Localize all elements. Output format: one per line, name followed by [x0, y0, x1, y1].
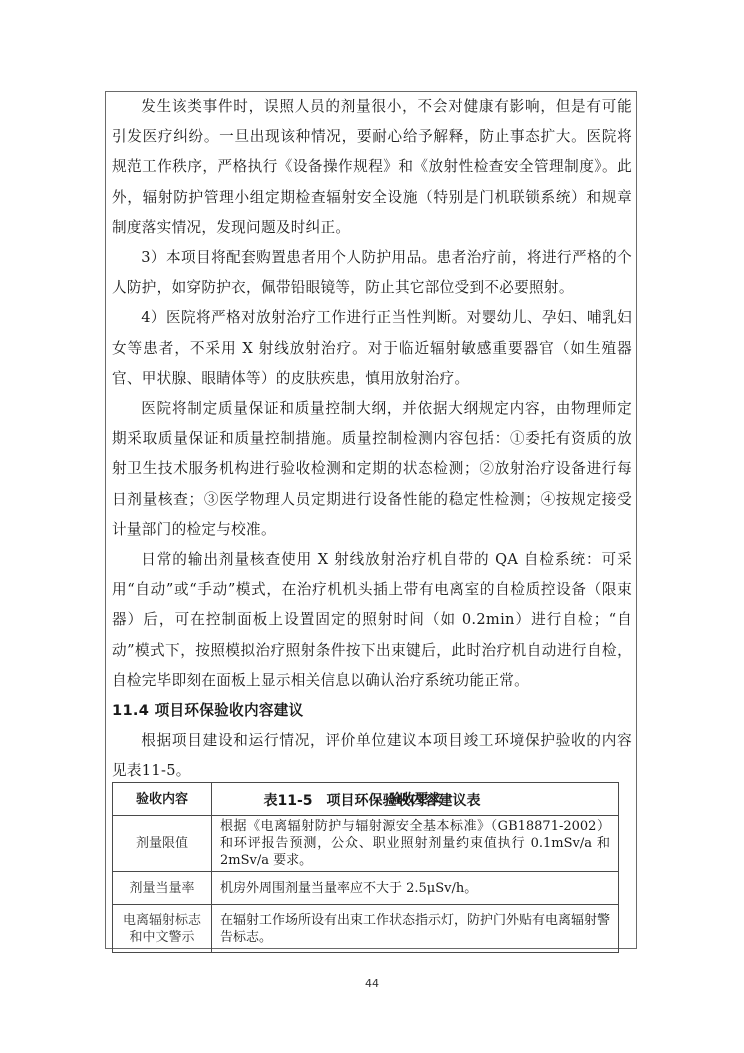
paragraph-incident-handling: 发生该类事件时，误照人员的剂量很小，不会对健康有影响，但是有可能引发医疗纠纷。一… [112, 92, 632, 243]
paragraph-justification: 4）医院将严格对放射治疗工作进行正当性判断。对婴幼儿、孕妇、哺乳妇女等患者，不采… [112, 303, 632, 394]
table-row: 剂量当量率 机房外周围剂量当量率应不大于 2.5μSv/h。 [113, 872, 619, 905]
document-body: 发生该类事件时，误照人员的剂量很小，不会对健康有影响，但是有可能引发医疗纠纷。一… [112, 92, 632, 813]
row-item: 剂量当量率 [113, 872, 212, 905]
table-row: 剂量限值 根据《电离辐射防护与辐射源安全基本标准》（GB18871-2002）和… [113, 816, 619, 872]
paragraph-patient-protection: 3）本项目将配套购置患者用个人防护用品。患者治疗前，将进行严格的个人防护，如穿防… [112, 243, 632, 303]
row-requirement: 根据《电离辐射防护与辐射源安全基本标准》（GB18871-2002）和环评报告预… [212, 816, 619, 872]
row-requirement: 在辐射工作场所设有出束工作状态指示灯，防护门外贴有电离辐射警告标志。 [212, 905, 619, 953]
header-requirement: 验收要求 [212, 783, 619, 816]
section-intro: 根据项目建设和运行情况，评价单位建议本项目竣工环境保护验收的内容见表11-5。 [112, 726, 632, 786]
row-item: 剂量限值 [113, 816, 212, 872]
header-item: 验收内容 [113, 783, 212, 816]
acceptance-table: 验收内容 验收要求 剂量限值 根据《电离辐射防护与辐射源安全基本标准》（GB18… [112, 782, 619, 953]
section-heading: 11.4 项目环保验收内容建议 [112, 696, 632, 726]
paragraph-daily-dose-check: 日常的输出剂量核查使用 X 射线放射治疗机自带的 QA 自检系统：可采用“自动”… [112, 545, 632, 696]
table-header-row: 验收内容 验收要求 [113, 783, 619, 816]
paragraph-quality-control: 医院将制定质量保证和质量控制大纲，并依据大纲规定内容，由物理师定期采取质量保证和… [112, 394, 632, 545]
row-item: 电离辐射标志和中文警示 [113, 905, 212, 953]
row-requirement: 机房外周围剂量当量率应不大于 2.5μSv/h。 [212, 872, 619, 905]
table-row: 电离辐射标志和中文警示 在辐射工作场所设有出束工作状态指示灯，防护门外贴有电离辐… [113, 905, 619, 953]
page-number: 44 [0, 977, 744, 990]
